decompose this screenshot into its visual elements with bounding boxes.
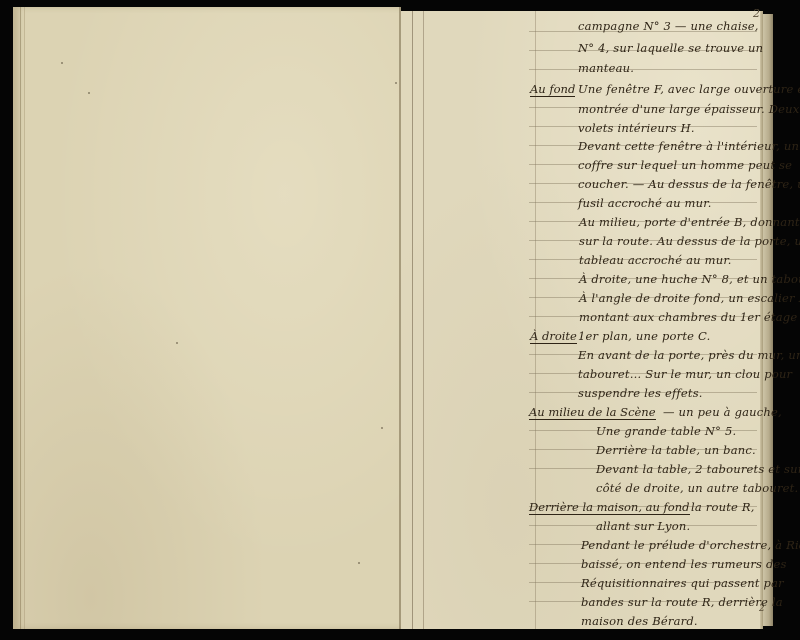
manuscript-scan: 2 2 campagne N° 3 — une chaise, N° 4, su… (0, 0, 800, 640)
left-page-inner-edge (24, 7, 25, 629)
manuscript-line: En avant de la porte, près du mur, un (578, 348, 800, 362)
margin-heading-derriere-la-maison: Derrière la maison, au fond (529, 500, 690, 515)
manuscript-line: — un peu à gauche, (663, 405, 782, 419)
right-page: 2 2 campagne N° 3 — une chaise, N° 4, su… (401, 11, 763, 629)
manuscript-line: sur la route. Au dessus de la porte, un (579, 234, 800, 248)
manuscript-line: Devant la table, 2 tabourets et sur le (596, 462, 800, 476)
paper-speck (176, 342, 178, 344)
manuscript-line: tabouret… Sur le mur, un clou pour (578, 367, 792, 381)
manuscript-line: coucher. — Au dessus de la fenêtre, un (578, 177, 800, 191)
manuscript-line: volets intérieurs H. (578, 121, 695, 135)
manuscript-line: maison des Bérard. (581, 614, 698, 628)
manuscript-line: Au milieu, porte d'entrée B, donnant (579, 215, 800, 229)
manuscript-line: baissé, on entend les rumeurs des (581, 557, 787, 571)
margin-heading-au-milieu: Au milieu de la Scène (529, 405, 656, 420)
manuscript-line: Une fenêtre F, avec large ouverture et (578, 82, 800, 96)
margin-line (535, 11, 536, 629)
left-page (13, 7, 401, 629)
ruled-line (529, 69, 757, 70)
manuscript-line: montrée d'une large épaisseur. Deux (578, 102, 799, 116)
manuscript-line: campagne N° 3 — une chaise, (578, 19, 759, 33)
paper-speck (395, 82, 397, 84)
gutter-line (412, 11, 413, 629)
margin-heading-a-droite: À droite (530, 329, 577, 344)
paper-speck (61, 62, 63, 64)
manuscript-line: montant aux chambres du 1er étage (579, 310, 797, 324)
manuscript-line: la route R, (691, 500, 755, 514)
paper-speck (381, 427, 383, 429)
manuscript-line: fusil accroché au mur. (578, 196, 712, 210)
left-page-edge (20, 7, 21, 629)
manuscript-line: tableau accroché au mur. (579, 253, 732, 267)
manuscript-line: allant sur Lyon. (596, 519, 690, 533)
manuscript-line: Réquisitionnaires qui passent par (581, 576, 784, 590)
manuscript-line: manteau. (578, 61, 634, 75)
manuscript-line: Pendant le prélude d'orchestre, à Rideau (581, 538, 800, 552)
manuscript-line: Devant cette fenêtre à l'intérieur, un (578, 139, 799, 153)
manuscript-line: À l'angle de droite fond, un escalier D, (579, 291, 800, 305)
manuscript-line: 1er plan, une porte C. (578, 329, 710, 343)
gutter-line (423, 11, 424, 629)
manuscript-line: suspendre les effets. (578, 386, 703, 400)
manuscript-line: côté de droite, un autre tabouret. (596, 481, 798, 495)
manuscript-line: À droite, une huche N° 8, et un tabouret… (579, 272, 800, 286)
manuscript-line: Derrière la table, un banc. (596, 443, 756, 457)
margin-heading-au-fond: Au fond (530, 82, 575, 97)
paper-speck (88, 92, 90, 94)
paper-speck (358, 562, 360, 564)
manuscript-line: coffre sur lequel un homme peut se (578, 158, 792, 172)
manuscript-line: bandes sur la route R, derrière la (581, 595, 783, 609)
manuscript-line: N° 4, sur laquelle se trouve un (578, 41, 763, 55)
manuscript-line: Une grande table N° 5. (596, 424, 736, 438)
